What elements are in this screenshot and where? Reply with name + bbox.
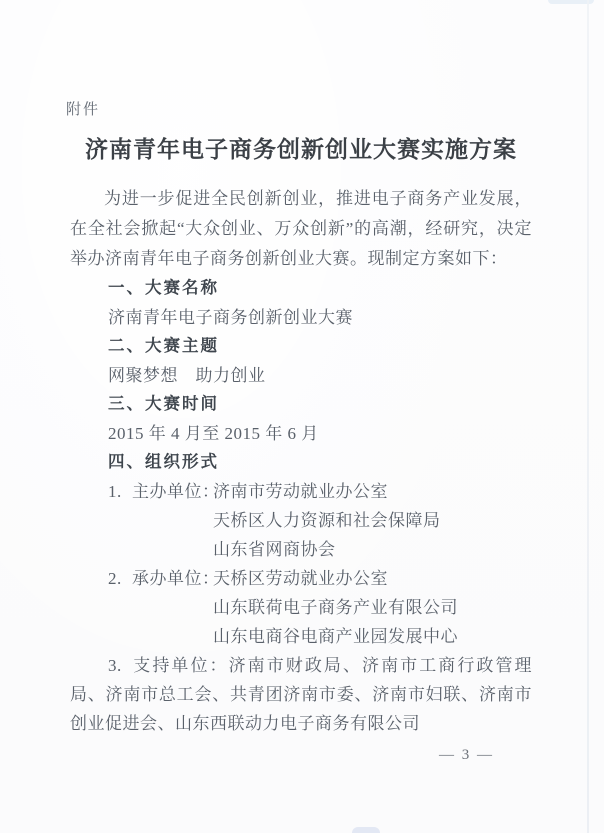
- org-item-host: 1.主办单位： 济南市劳动就业办公室 天桥区人力资源和社会保障局 山东省网商协会: [70, 477, 532, 564]
- org-line: 山东省网商协会: [213, 535, 532, 564]
- attachment-label: 附件: [66, 100, 532, 120]
- org-item-label: 承办单位：: [132, 569, 220, 588]
- org-item-lines: 天桥区劳动就业办公室 山东联荷电子商务产业有限公司 山东电商谷电商产业园发展中心: [213, 564, 532, 651]
- scan-edge-line: [587, 0, 589, 833]
- page-number: — 3 —: [70, 745, 532, 765]
- org-item-number: 1.: [108, 477, 132, 506]
- document-content: 附件 济南青年电子商务创新创业大赛实施方案 为进一步促进全民创新创业，推进电子商…: [70, 100, 532, 765]
- section-heading-competition-time: 三、大赛时间: [108, 390, 532, 419]
- org-item-head: 1.主办单位：: [108, 477, 220, 506]
- scanned-document-page: 附件 济南青年电子商务创新创业大赛实施方案 为进一步促进全民创新创业，推进电子商…: [0, 0, 604, 833]
- section-body-competition-name: 济南青年电子商务创新创业大赛: [108, 303, 532, 332]
- org-item-supporters: 3.支持单位：济南市财政局、济南市工商行政管理局、济南市总工会、共青团济南市委、…: [70, 651, 532, 738]
- org-item-number: 3.: [108, 656, 122, 675]
- org-item-number: 2.: [108, 564, 132, 593]
- org-item-head: 2.承办单位：: [108, 564, 220, 593]
- org-item-label: 支持单位：: [132, 656, 229, 675]
- scan-bottom-artifact: [352, 827, 380, 833]
- section-heading-competition-name: 一、大赛名称: [108, 274, 532, 303]
- org-line: 天桥区劳动就业办公室: [213, 564, 532, 593]
- org-item-lines: 济南市劳动就业办公室 天桥区人力资源和社会保障局 山东省网商协会: [213, 477, 532, 564]
- org-line: 济南市劳动就业办公室: [213, 477, 532, 506]
- section-heading-competition-theme: 二、大赛主题: [108, 332, 532, 361]
- org-item-label: 主办单位：: [132, 482, 220, 501]
- org-line: 山东联荷电子商务产业有限公司: [213, 593, 532, 622]
- document-title: 济南青年电子商务创新创业大赛实施方案: [70, 134, 532, 166]
- org-line: 山东电商谷电商产业园发展中心: [213, 622, 532, 651]
- section-body-competition-theme: 网聚梦想 助力创业: [108, 361, 532, 390]
- intro-paragraph: 为进一步促进全民创新创业，推进电子商务产业发展，在全社会掀起“大众创业、万众创新…: [70, 184, 532, 274]
- org-line: 天桥区人力资源和社会保障局: [213, 506, 532, 535]
- section-body-competition-time: 2015 年 4 月至 2015 年 6 月: [108, 419, 532, 448]
- org-item-undertaker: 2.承办单位： 天桥区劳动就业办公室 山东联荷电子商务产业有限公司 山东电商谷电…: [70, 564, 532, 651]
- section-heading-organization-form: 四、组织形式: [108, 448, 532, 477]
